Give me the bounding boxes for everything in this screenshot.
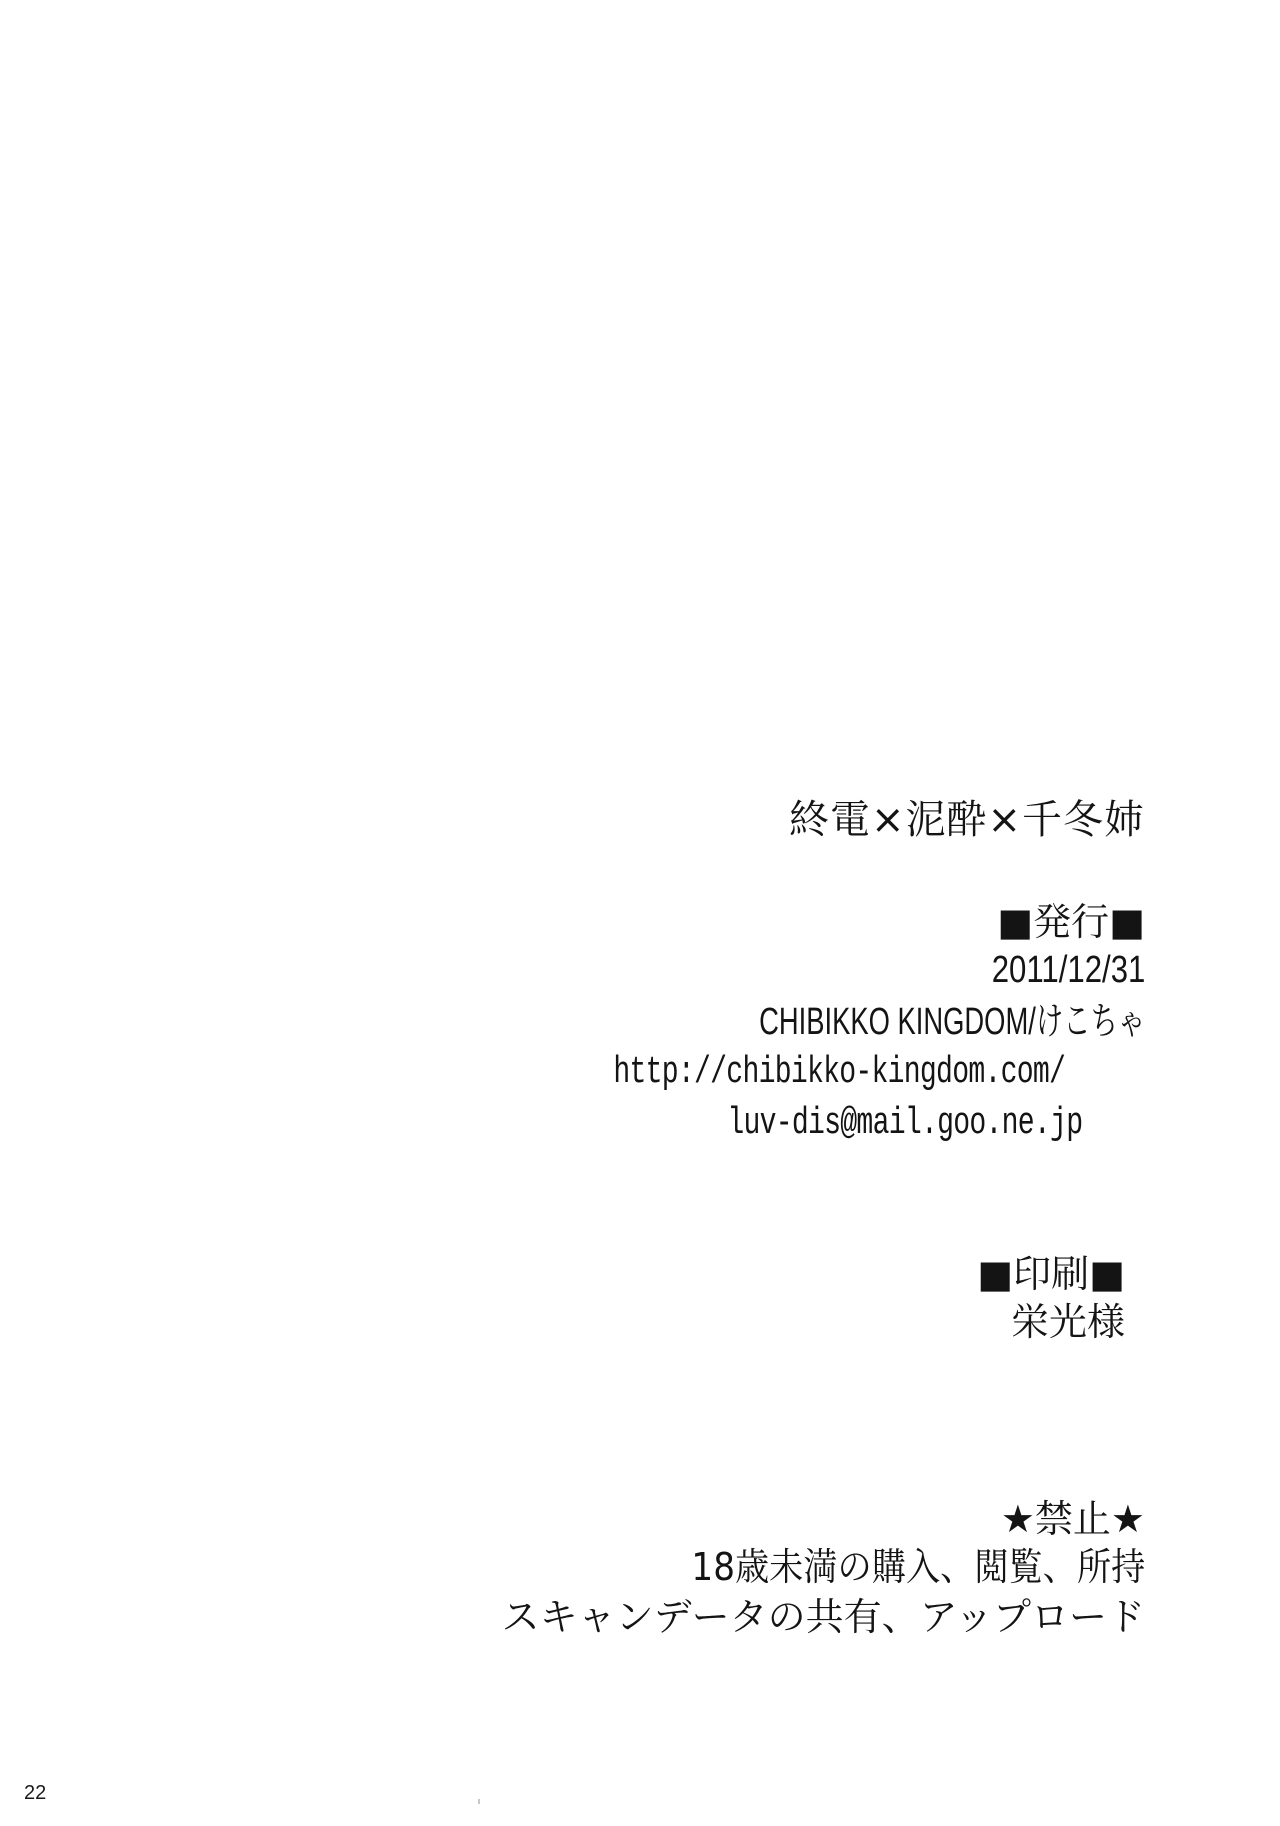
publication-heading: ■発行■ [997,903,1145,941]
publication-date: 2011/12/31 [991,951,1145,989]
scan-artifact [478,1799,480,1804]
page-number: 22 [24,1782,46,1805]
prohibited-heading: ★禁止★ [1001,1500,1145,1538]
circle-author: CHIBIKKO KINGDOM/けこちゃ [759,1003,1145,1041]
contact-email: luv-dis@mail.goo.ne.jp [728,1105,1083,1143]
printer-name: 栄光様 [1011,1303,1125,1341]
printing-heading: ■印刷■ [977,1255,1125,1293]
book-title: 終電×泥酔×千冬姉 [789,800,1145,840]
prohibited-line-scan: スキャンデータの共有、アップロード [502,1598,1145,1636]
prohibited-line-age: 18歳未満の購入、閲覧、所持 [691,1548,1145,1586]
website-url: http://chibikko-kingdom.com/ [614,1054,1066,1092]
